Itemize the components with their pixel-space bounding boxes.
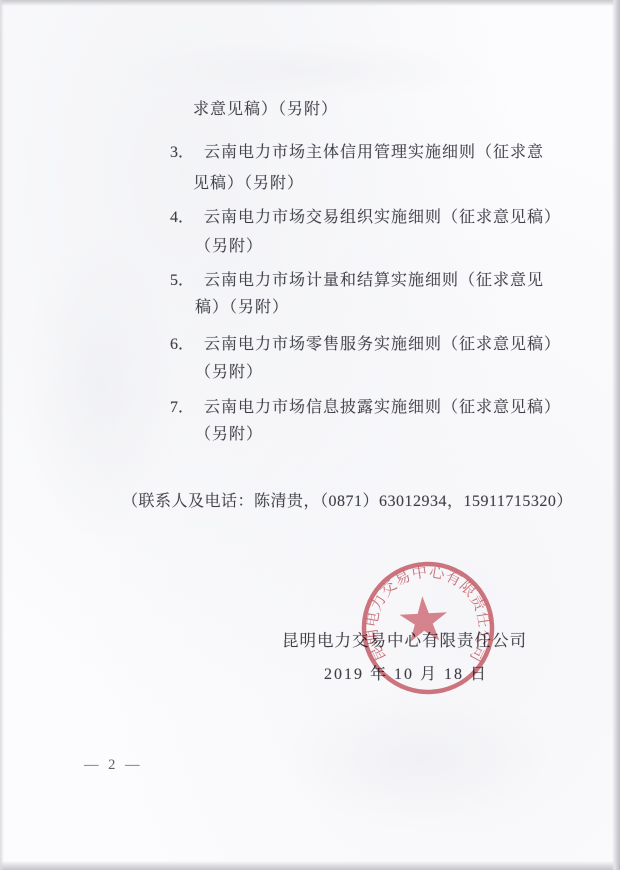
scan-edge-left — [0, 0, 4, 870]
list-item-5-line1: 5．云南电力市场计量和结算实施细则（征求意见 — [170, 267, 544, 290]
scan-edge-top — [0, 0, 620, 6]
list-item-3-line2: 见稿）（另附） — [193, 170, 304, 193]
list-item-5-line2: 稿）（另附） — [195, 294, 289, 317]
list-item-4-number: 4． — [170, 204, 204, 227]
paper-sheet — [0, 0, 620, 870]
list-item-6-line1: 6．云南电力市场零售服务实施细则（征求意见稿） — [170, 331, 561, 354]
list-item-7-text: 云南电力市场信息披露实施细则（征求意见稿） — [204, 399, 561, 416]
list-item-3-line1: 3．云南电力市场主体信用管理实施细则（征求意 — [170, 139, 544, 162]
scanned-document-page: 求意见稿）（另附） 3．云南电力市场主体信用管理实施细则（征求意 见稿）（另附）… — [0, 0, 620, 870]
list-item-6-text: 云南电力市场零售服务实施细则（征求意见稿） — [204, 336, 561, 353]
list-item-7-line2: （另附） — [195, 421, 263, 444]
page-number: — 2 — — [84, 757, 143, 774]
list-item-4-line2: （另附） — [195, 233, 263, 256]
list-item-7-line1: 7．云南电力市场信息披露实施细则（征求意见稿） — [170, 394, 561, 417]
list-item-6-line2: （另附） — [195, 359, 263, 382]
list-item-4-line1: 4．云南电力市场交易组织实施细则（征求意见稿） — [170, 204, 561, 227]
list-item-4-text: 云南电力市场交易组织实施细则（征求意见稿） — [204, 209, 561, 226]
list-item-3-text: 云南电力市场主体信用管理实施细则（征求意 — [204, 144, 544, 161]
contact-line: （联系人及电话：陈清贵，（0871）63012934，15911715320） — [122, 488, 573, 511]
scan-edge-bottom — [0, 861, 620, 870]
list-item-6-number: 6． — [170, 331, 204, 354]
carryover-line: 求意见稿）（另附） — [193, 96, 338, 119]
company-seal-stamp: 昆明电力交易中心有限责任公司 — [350, 553, 508, 713]
list-item-5-text: 云南电力市场计量和结算实施细则（征求意见 — [204, 272, 544, 289]
list-item-7-number: 7． — [170, 394, 204, 417]
scan-edge-right — [612, 0, 620, 870]
list-item-5-number: 5． — [170, 267, 204, 290]
seal-star-icon — [399, 595, 449, 643]
list-item-3-number: 3． — [170, 139, 204, 162]
